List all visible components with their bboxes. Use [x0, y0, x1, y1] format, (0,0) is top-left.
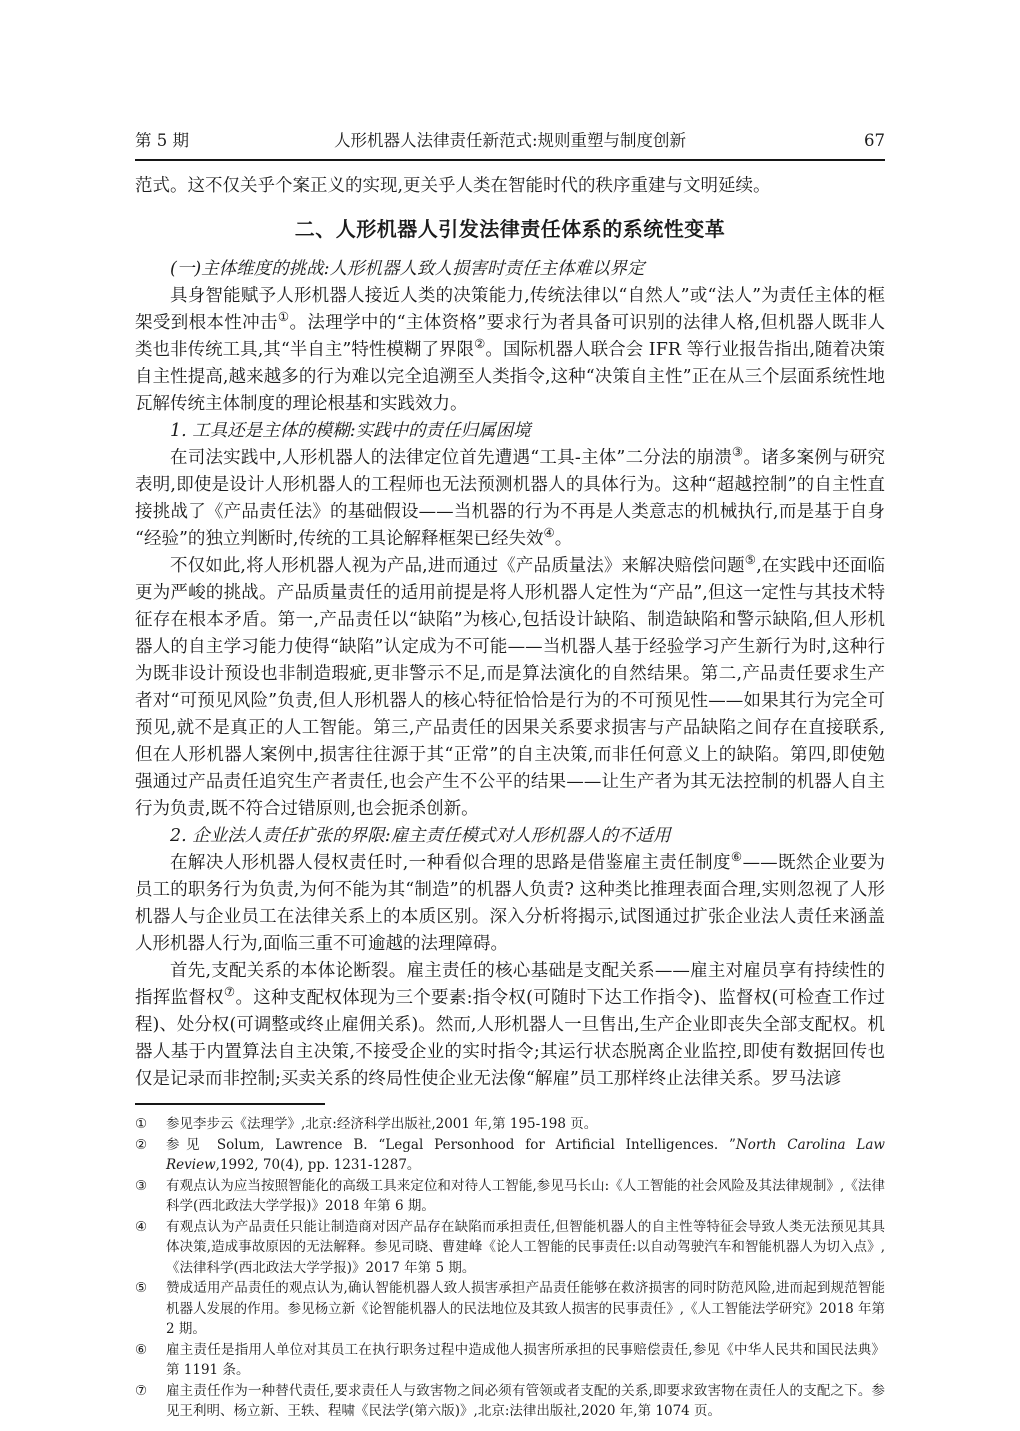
section-heading: 二、人形机器人引发法律责任体系的系统性变革: [135, 216, 885, 244]
text-run: 二、人形机器人引发法律责任体系的系统性变革: [295, 219, 726, 241]
text-run: 有观点认为应当按照智能化的高级工具来定位和对待人工智能,参见马长山:《人工智能的…: [166, 1178, 885, 1215]
continuation-paragraph: 范式。这不仅关乎个案正义的实现,更关乎人类在智能时代的秩序重建与文明延续。: [135, 173, 885, 200]
text-run: ,1992, 70(4), pp. 1231-1287。: [216, 1157, 421, 1173]
footnote: ⑤赞成适用产品责任的观点认为,确认智能机器人致人损害承担产品责任能够在救济损害的…: [135, 1278, 885, 1340]
footnote-ref: ⑦: [224, 984, 236, 999]
text-run: (一)主体维度的挑战:人形机器人致人损害时责任主体难以界定: [170, 259, 645, 279]
body-paragraph: 不仅如此,将人形机器人视为产品,进而通过《产品质量法》来解决赔偿问题⑤,在实践中…: [135, 553, 885, 823]
text-run: ,在实践中还面临更为严峻的挑战。产品质量责任的适用前提是将人形机器人定性为“产品…: [135, 556, 885, 819]
footnote-marker: ④: [135, 1217, 166, 1279]
footnote-text: 有观点认为产品责任只能让制造商对因产品存在缺陷而承担责任,但智能机器人的自主性等…: [166, 1217, 885, 1279]
text-run: 不仅如此,将人形机器人视为产品,进而通过《产品质量法》来解决赔偿问题: [170, 556, 745, 576]
footnote-ref: ④: [543, 525, 554, 540]
footnote-ref: ③: [732, 444, 744, 459]
text-run: 。: [555, 529, 573, 549]
text-run: 雇主责任作为一种替代责任,要求责任人与致害物之间必须有管领或者支配的关系,即要求…: [166, 1383, 885, 1420]
text-run: 参见 Solum, Lawrence B. “Legal Personhood …: [166, 1137, 736, 1153]
text-run: 在解决人形机器人侵权责任时,一种看似合理的思路是借鉴雇主责任制度: [170, 853, 731, 873]
text-run: 范式。这不仅关乎个案正义的实现,更关乎人类在智能时代的秩序重建与文明延续。: [135, 176, 771, 196]
text-run: 2. 企业法人责任扩张的界限:雇主责任模式对人形机器人的不适用: [170, 826, 671, 846]
article-body: 范式。这不仅关乎个案正义的实现,更关乎人类在智能时代的秩序重建与文明延续。二、人…: [135, 173, 885, 1093]
running-header: 第 5 期 人形机器人法律责任新范式:规则重塑与制度创新 67: [135, 130, 885, 152]
footnote: ④有观点认为产品责任只能让制造商对因产品存在缺陷而承担责任,但智能机器人的自主性…: [135, 1217, 885, 1279]
page-number: 67: [745, 130, 885, 152]
footnote-text: 赞成适用产品责任的观点认为,确认智能机器人致人损害承担产品责任能够在救济损害的同…: [166, 1278, 885, 1340]
body-paragraph: 具身智能赋予人形机器人接近人类的决策能力,传统法律以“自然人”或“法人”为责任主…: [135, 283, 885, 418]
footnote-marker: ⑥: [135, 1340, 166, 1381]
document-page: 第 5 期 人形机器人法律责任新范式:规则重塑与制度创新 67 范式。这不仅关乎…: [135, 0, 885, 1422]
footnote: ③有观点认为应当按照智能化的高级工具来定位和对待人工智能,参见马长山:《人工智能…: [135, 1176, 885, 1217]
footnote-text: 雇主责任是指用人单位对其员工在执行职务过程中造成他人损害所承担的民事赔偿责任,参…: [166, 1340, 885, 1381]
numbered-heading-1: 1. 工具还是主体的模糊:实践中的责任归属困境: [135, 418, 885, 445]
footnote: ⑥雇主责任是指用人单位对其员工在执行职务过程中造成他人损害所承担的民事赔偿责任,…: [135, 1340, 885, 1381]
body-paragraph: 首先,支配关系的本体论断裂。雇主责任的核心基础是支配关系——雇主对雇员享有持续性…: [135, 958, 885, 1093]
footnote-ref: ⑤: [745, 552, 756, 567]
footnote-text: 雇主责任作为一种替代责任,要求责任人与致害物之间必须有管领或者支配的关系,即要求…: [166, 1381, 885, 1422]
footnote-marker: ③: [135, 1176, 166, 1217]
text-run: 。这种支配权体现为三个要素:指令权(可随时下达工作指令)、监督权(可检查工作过程…: [135, 988, 885, 1089]
footnote-marker: ⑤: [135, 1278, 166, 1340]
text-run: 赞成适用产品责任的观点认为,确认智能机器人致人损害承担产品责任能够在救济损害的同…: [166, 1280, 885, 1337]
footnote-ref: ②: [474, 336, 485, 351]
footnote-ref: ①: [278, 309, 290, 324]
body-paragraph: 在司法实践中,人形机器人的法律定位首先遭遇“工具-主体”二分法的崩溃③。诸多案例…: [135, 445, 885, 553]
footnote-marker: ②: [135, 1135, 166, 1176]
footnote-text: 有观点认为应当按照智能化的高级工具来定位和对待人工智能,参见马长山:《人工智能的…: [166, 1176, 885, 1217]
numbered-heading-2: 2. 企业法人责任扩张的界限:雇主责任模式对人形机器人的不适用: [135, 823, 885, 850]
issue-label: 第 5 期: [135, 130, 275, 152]
footnote-divider: [135, 1103, 325, 1105]
footnote-ref: ⑥: [731, 849, 743, 864]
footnote-text: 参见李步云《法理学》,北京:经济科学出版社,2001 年,第 195-198 页…: [166, 1114, 885, 1135]
footnotes-section: ①参见李步云《法理学》,北京:经济科学出版社,2001 年,第 195-198 …: [135, 1114, 885, 1422]
text-run: 1. 工具还是主体的模糊:实践中的责任归属困境: [170, 421, 531, 441]
body-paragraph: 在解决人形机器人侵权责任时,一种看似合理的思路是借鉴雇主责任制度⑥——既然企业要…: [135, 850, 885, 958]
text-run: 雇主责任是指用人单位对其员工在执行职务过程中造成他人损害所承担的民事赔偿责任,参…: [166, 1342, 885, 1379]
footnote-text: 参见 Solum, Lawrence B. “Legal Personhood …: [166, 1135, 885, 1176]
footnote-marker: ①: [135, 1114, 166, 1135]
footnote: ①参见李步云《法理学》,北京:经济科学出版社,2001 年,第 195-198 …: [135, 1114, 885, 1135]
text-run: 参见李步云《法理学》,北京:经济科学出版社,2001 年,第 195-198 页…: [166, 1116, 597, 1132]
text-run: 在司法实践中,人形机器人的法律定位首先遭遇“工具-主体”二分法的崩溃: [170, 448, 732, 468]
subsection-heading: (一)主体维度的挑战:人形机器人致人损害时责任主体难以界定: [135, 256, 885, 283]
running-title: 人形机器人法律责任新范式:规则重塑与制度创新: [275, 130, 745, 152]
text-run: 有观点认为产品责任只能让制造商对因产品存在缺陷而承担责任,但智能机器人的自主性等…: [166, 1219, 885, 1276]
footnote: ⑦雇主责任作为一种替代责任,要求责任人与致害物之间必须有管领或者支配的关系,即要…: [135, 1381, 885, 1422]
footnote: ②参见 Solum, Lawrence B. “Legal Personhood…: [135, 1135, 885, 1176]
footnote-marker: ⑦: [135, 1381, 166, 1422]
header-divider: [135, 159, 885, 161]
